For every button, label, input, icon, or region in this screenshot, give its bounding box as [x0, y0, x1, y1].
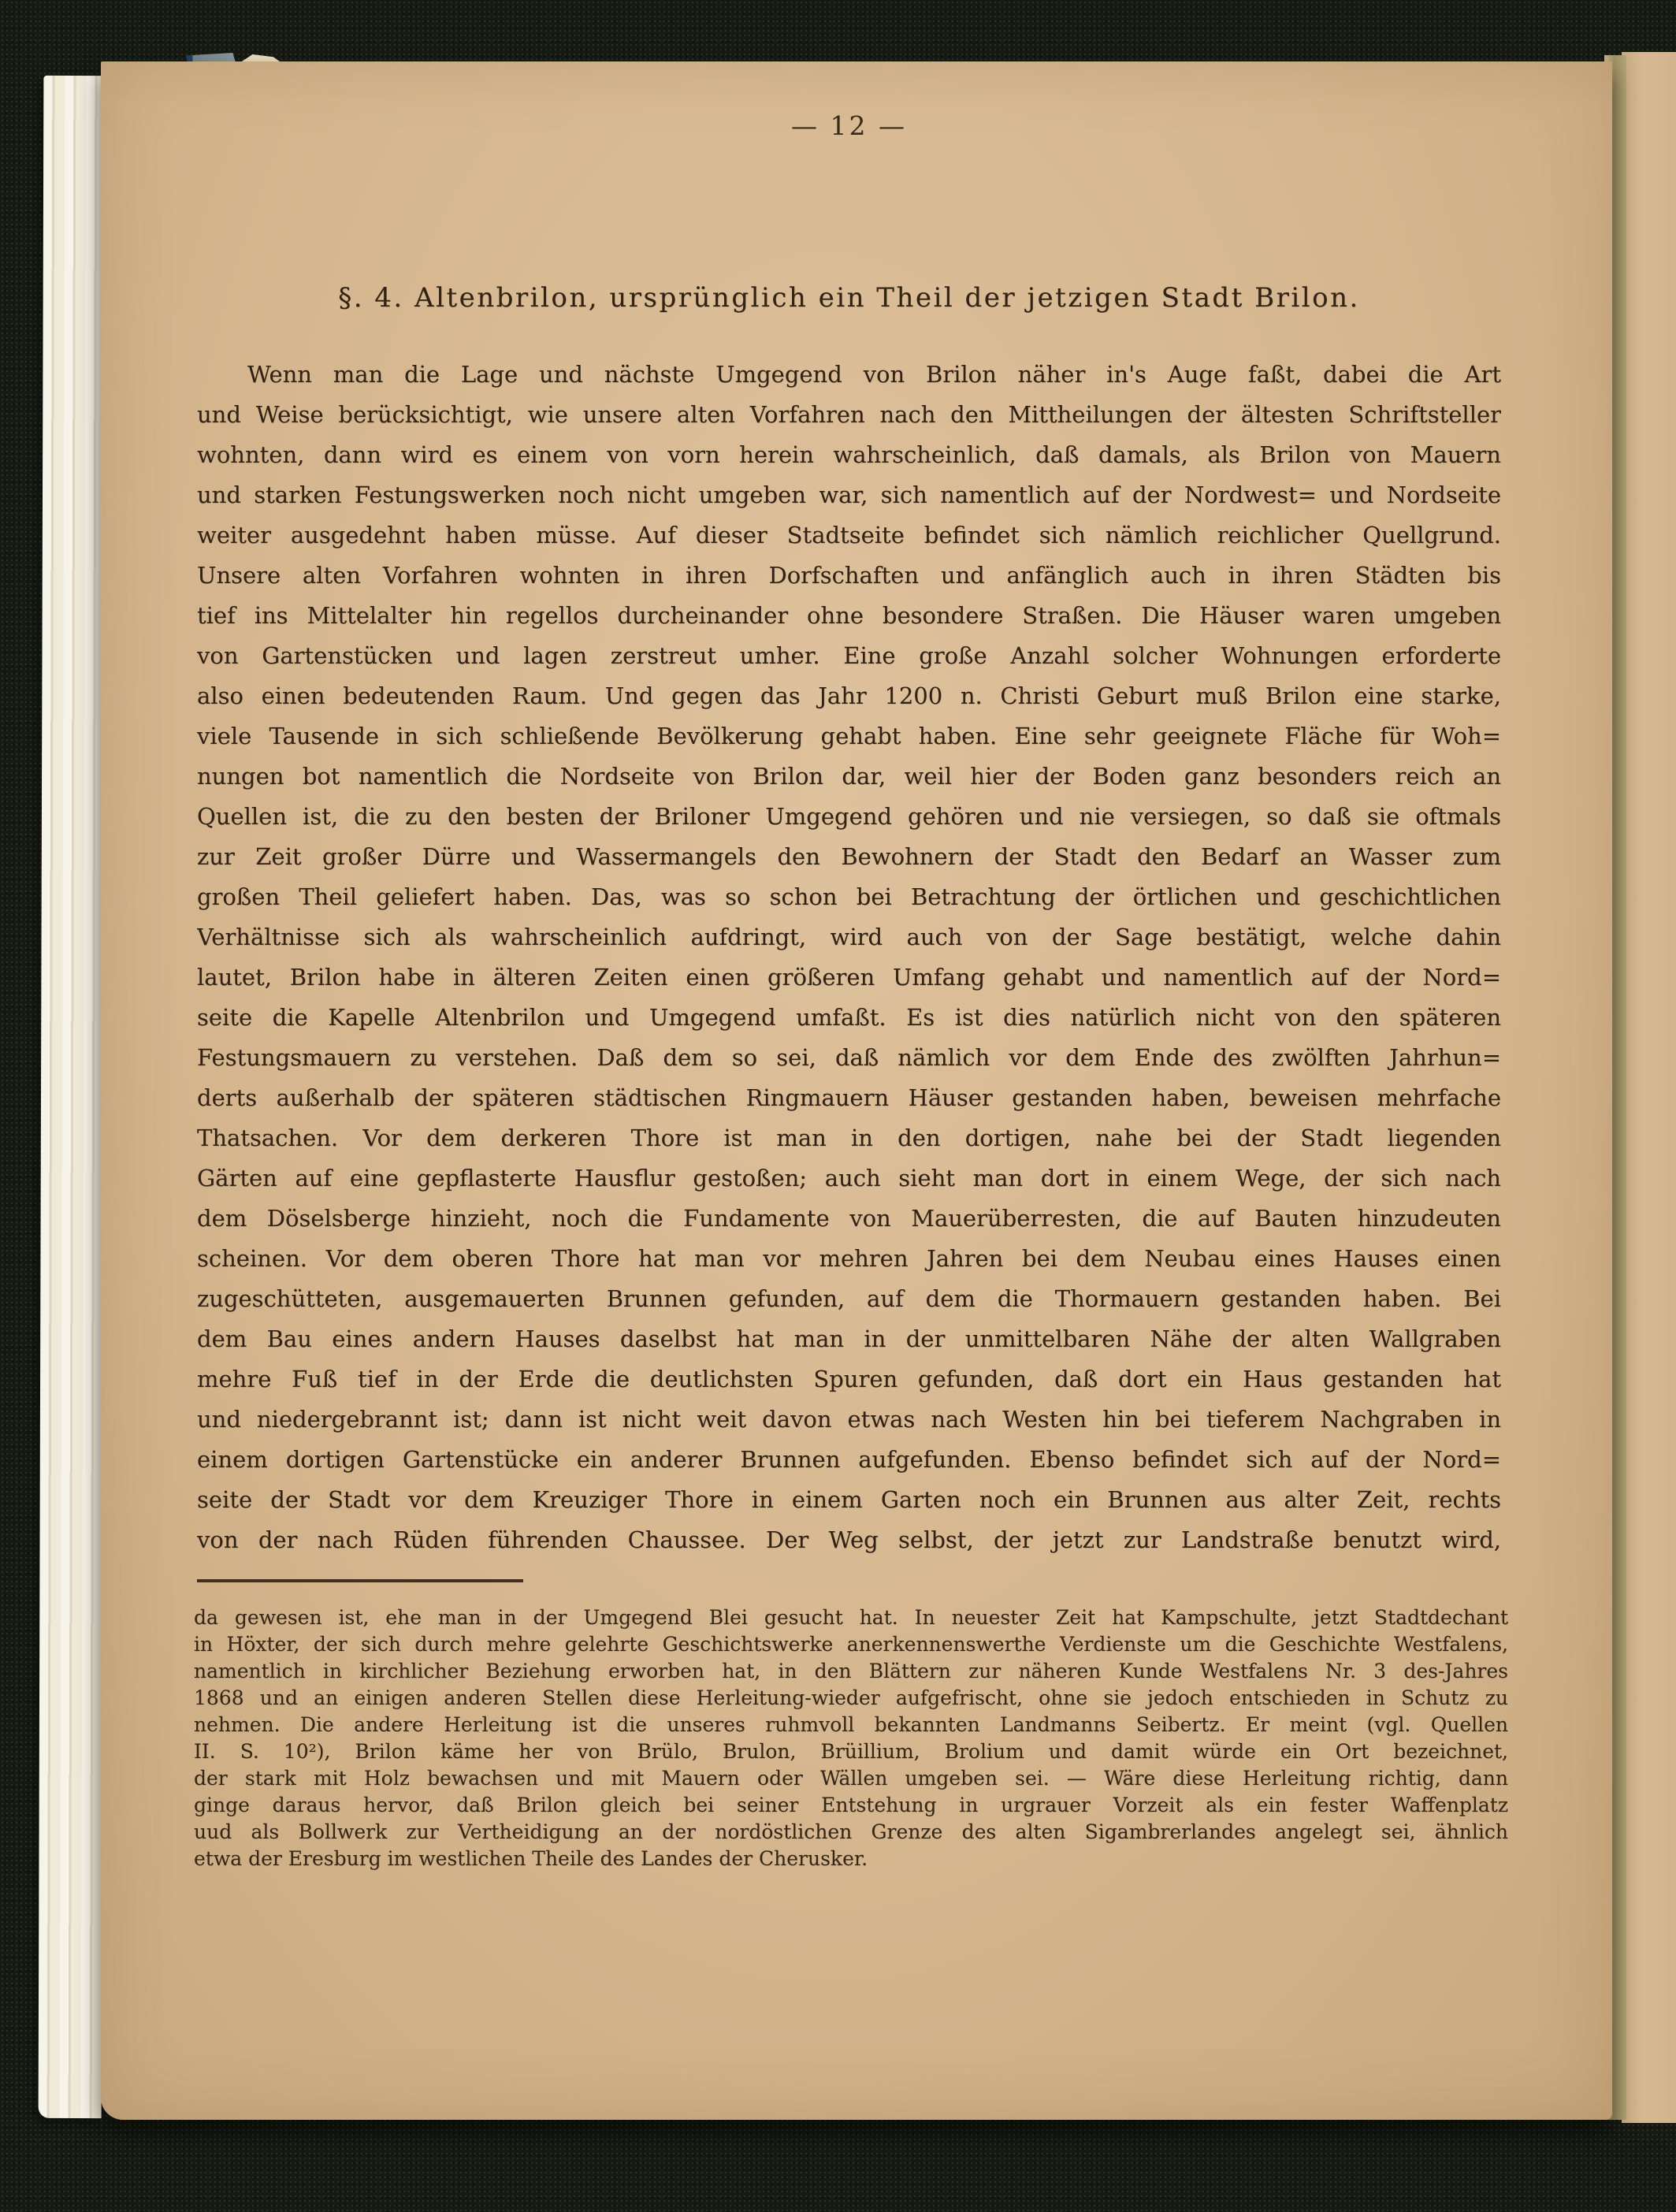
- body-text-line: von der nach Rüden führenden Chaussee. D…: [197, 1520, 1501, 1560]
- body-text-line: Verhältnisse sich als wahrscheinlich auf…: [197, 917, 1501, 957]
- body-text-line: scheinen. Vor dem oberen Thore hat man v…: [197, 1239, 1501, 1279]
- footnote: da gewesen ist, ehe man in der Umgegend …: [194, 1604, 1508, 1872]
- body-text-line: weiter ausgedehnt haben müsse. Auf diese…: [197, 515, 1501, 556]
- book-page: — 12 — §. 4. Altenbrilon, ursprünglich e…: [101, 61, 1612, 2120]
- body-text-line: dem Döselsberge hinzieht, noch die Funda…: [197, 1199, 1501, 1239]
- body-text-line: Wenn man die Lage und nächste Umgegend v…: [197, 355, 1501, 395]
- footnote-separator: [197, 1579, 523, 1582]
- body-text-line: tief ins Mittelalter hin regellos durche…: [197, 596, 1501, 636]
- body-text-line: zur Zeit großer Dürre und Wassermangels …: [197, 837, 1501, 877]
- footnote-text-line: ginge daraus hervor, daß Brilon gleich b…: [194, 1792, 1508, 1819]
- body-text-line: und starken Festungswerken noch nicht um…: [197, 475, 1501, 515]
- page-edge-stack: [39, 76, 107, 2118]
- body-text-line: seite der Stadt vor dem Kreuziger Thore …: [197, 1480, 1501, 1520]
- body-text-line: derts außerhalb der späteren städtischen…: [197, 1078, 1501, 1118]
- footnote-text-line: in Höxter, der sich durch mehre gelehrte…: [194, 1631, 1508, 1658]
- body-text-line: seite die Kapelle Altenbrilon und Umgege…: [197, 998, 1501, 1038]
- footnote-text-line: der stark mit Holz bewachsen und mit Mau…: [194, 1765, 1508, 1792]
- footnote-text-line: nehmen. Die andere Herleitung ist die un…: [194, 1712, 1508, 1738]
- footnote-text-line: etwa der Eresburg im westlichen Theile d…: [194, 1846, 1508, 1872]
- page-number: — 12 —: [197, 110, 1501, 141]
- body-text-line: Gärten auf eine gepflasterte Hausflur ge…: [197, 1158, 1501, 1199]
- footnote-text-line: uud als Bollwerk zur Vertheidigung an de…: [194, 1819, 1508, 1846]
- body-text-line: von Gartenstücken und lagen zerstreut um…: [197, 636, 1501, 676]
- footnote-text-line: da gewesen ist, ehe man in der Umgegend …: [194, 1604, 1508, 1631]
- footnote-text-line: II. S. 10²), Brilon käme her von Brülo, …: [194, 1738, 1508, 1765]
- body-text-line: also einen bedeutenden Raum. Und gegen d…: [197, 676, 1501, 716]
- body-text-line: Quellen ist, die zu den besten der Brilo…: [197, 797, 1501, 837]
- body-text-line: einem dortigen Gartenstücke ein anderer …: [197, 1440, 1501, 1480]
- footnote-text-line: 1868 und an einigen anderen Stellen dies…: [194, 1685, 1508, 1712]
- body-text-line: lautet, Brilon habe in älteren Zeiten ei…: [197, 957, 1501, 998]
- body-text-line: großen Theil geliefert haben. Das, was s…: [197, 877, 1501, 917]
- body-text-line: wohnten, dann wird es einem von vorn her…: [197, 435, 1501, 475]
- body-text-line: und niedergebrannt ist; dann ist nicht w…: [197, 1400, 1501, 1440]
- footnote-text-line: namentlich in kirchlicher Beziehung erwo…: [194, 1658, 1508, 1685]
- body-text-line: mehre Fuß tief in der Erde die deutlichs…: [197, 1359, 1501, 1400]
- body-text-line: zugeschütteten, ausgemauerten Brunnen ge…: [197, 1279, 1501, 1319]
- body-text-line: Thatsachen. Vor dem derkeren Thore ist m…: [197, 1118, 1501, 1158]
- body-text-line: Unsere alten Vorfahren wohnten in ihren …: [197, 556, 1501, 596]
- body-text-line: und Weise berücksichtigt, wie unsere alt…: [197, 395, 1501, 435]
- body-text-line: dem Bau eines andern Hauses daselbst hat…: [197, 1319, 1501, 1359]
- body-text-line: viele Tausende in sich schließende Bevöl…: [197, 716, 1501, 757]
- adjacent-page-sliver: [1622, 52, 1676, 2123]
- body-paragraph: Wenn man die Lage und nächste Umgegend v…: [197, 355, 1501, 1560]
- section-heading: §. 4. Altenbrilon, ursprünglich ein Thei…: [197, 282, 1501, 314]
- body-text-line: nungen bot namentlich die Nordseite von …: [197, 757, 1501, 797]
- body-text-line: Festungsmauern zu verstehen. Daß dem so …: [197, 1038, 1501, 1078]
- scan-background: — 12 — §. 4. Altenbrilon, ursprünglich e…: [0, 0, 1676, 2212]
